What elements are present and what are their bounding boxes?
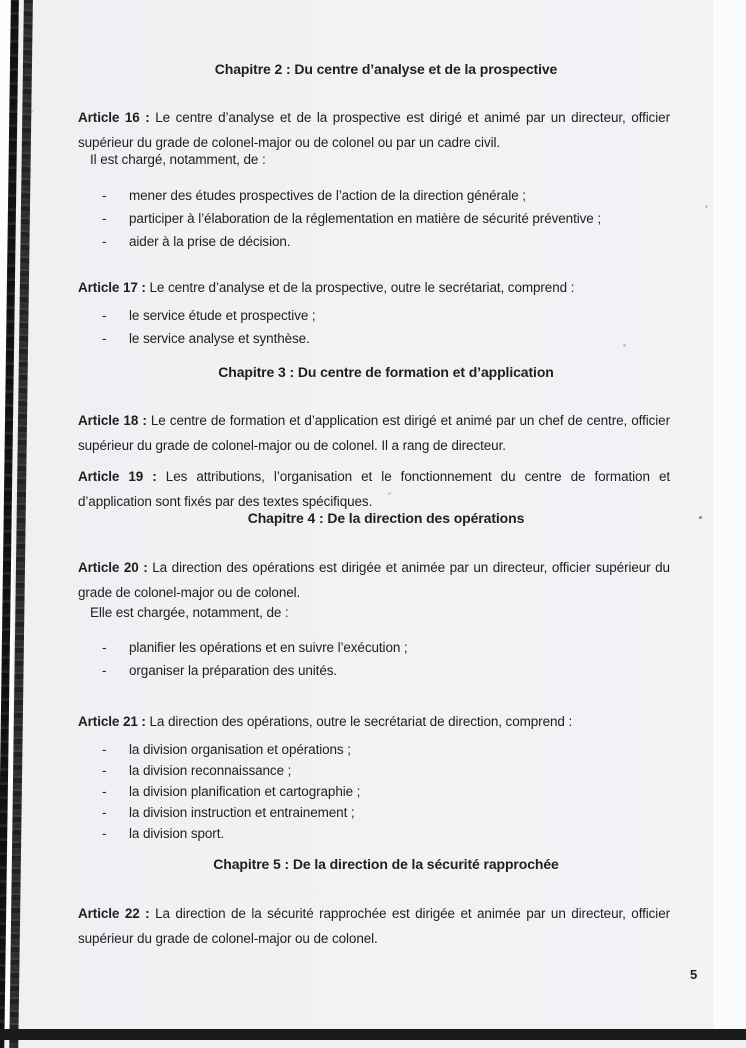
article-21-paragraph: Article 21 : La direction des opérations… — [78, 709, 670, 734]
list-dash: - — [102, 230, 129, 253]
article-22-label: Article 22 : — [78, 906, 150, 921]
scan-speck — [705, 205, 708, 208]
article-21-label: Article 21 : — [78, 714, 146, 729]
list-dash: - — [102, 184, 129, 207]
list-item: -mener des études prospectives de l’acti… — [102, 184, 664, 207]
list-dash: - — [102, 207, 129, 230]
chapter-5-heading: Chapitre 5 : De la direction de la sécur… — [78, 852, 670, 877]
missions-list-ch2: -mener des études prospectives de l’acti… — [102, 184, 664, 253]
chapter-4-heading: Chapitre 4 : De la direction des opérati… — [78, 506, 670, 531]
article-16-intro: Il est chargé, notamment, de : — [90, 147, 682, 172]
list-dash: - — [102, 760, 129, 781]
page-edge-highlight — [712, 0, 746, 1030]
article-16-body: Le centre d’analyse et de la prospective… — [78, 110, 670, 150]
article-17-label: Article 17 : — [78, 280, 146, 295]
list-item-text: mener des études prospectives de l’actio… — [129, 184, 526, 207]
list-item-text: la division planification et cartographi… — [129, 781, 360, 802]
missions-list-ch4: -planifier les opérations et en suivre l… — [102, 636, 664, 682]
list-item-text: aider à la prise de décision. — [129, 230, 290, 253]
article-17-paragraph: Article 17 : Le centre d’analyse et de l… — [78, 275, 670, 300]
page-number: 5 — [690, 967, 697, 982]
list-item: -aider à la prise de décision. — [102, 230, 664, 253]
article-18-label: Article 18 : — [78, 413, 147, 428]
list-item: -le service analyse et synthèse. — [102, 327, 664, 350]
list-dash: - — [102, 636, 129, 659]
list-dash: - — [102, 304, 129, 327]
scan-speck — [699, 516, 702, 519]
list-item: -la division organisation et opérations … — [102, 739, 664, 760]
list-item: -la division sport. — [102, 823, 664, 844]
article-18-paragraph: Article 18 : Le centre de formation et d… — [78, 408, 670, 458]
scanner-bottom-edge — [0, 1029, 746, 1040]
article-22-paragraph: Article 22 : La direction de la sécurité… — [78, 901, 670, 951]
article-22-body: La direction de la sécurité rapprochée e… — [78, 906, 670, 946]
scan-speck — [388, 492, 391, 495]
list-item: -planifier les opérations et en suivre l… — [102, 636, 664, 659]
list-item-text: la division organisation et opérations ; — [129, 739, 351, 760]
list-dash: - — [102, 802, 129, 823]
list-item-text: participer à l’élaboration de la régleme… — [129, 207, 601, 230]
list-item-text: la division sport. — [129, 823, 224, 844]
list-item: -la division instruction et entrainement… — [102, 802, 664, 823]
article-20-label: Article 20 : — [78, 560, 148, 575]
services-list-ch2: -le service étude et prospective ; -le s… — [102, 304, 664, 350]
list-dash: - — [102, 739, 129, 760]
list-item: -participer à l’élaboration de la réglem… — [102, 207, 664, 230]
list-dash: - — [102, 659, 129, 682]
list-dash: - — [102, 823, 129, 844]
document-page: Chapitre 2 : Du centre d’analyse et de l… — [0, 0, 746, 1040]
article-17-body: Le centre d’analyse et de la prospective… — [150, 280, 575, 295]
scan-speck — [623, 344, 626, 347]
article-19-body: Les attributions, l’organisation et le f… — [78, 469, 670, 509]
article-18-body: Le centre de formation et d’application … — [78, 413, 670, 453]
list-item-text: la division instruction et entrainement … — [129, 802, 355, 823]
list-item: -organiser la préparation des unités. — [102, 659, 664, 682]
chapter-3-heading: Chapitre 3 : Du centre de formation et d… — [78, 360, 670, 385]
list-item-text: la division reconnaissance ; — [129, 760, 291, 781]
list-item-text: le service étude et prospective ; — [129, 304, 316, 327]
list-item-text: le service analyse et synthèse. — [129, 327, 310, 350]
article-20-paragraph: Article 20 : La direction des opérations… — [78, 555, 670, 605]
list-item: -la division reconnaissance ; — [102, 760, 664, 781]
list-item: -la division planification et cartograph… — [102, 781, 664, 802]
article-21-body: La direction des opérations, outre le se… — [150, 714, 573, 729]
list-dash: - — [102, 781, 129, 802]
list-item-text: planifier les opérations et en suivre l’… — [129, 636, 408, 659]
article-19-label: Article 19 : — [78, 469, 157, 484]
divisions-list-ch4: -la division organisation et opérations … — [102, 739, 664, 844]
list-item-text: organiser la préparation des unités. — [129, 659, 337, 682]
list-dash: - — [102, 327, 129, 350]
list-item: -le service étude et prospective ; — [102, 304, 664, 327]
article-16-label: Article 16 : — [78, 110, 150, 125]
article-20-body: La direction des opérations est dirigée … — [78, 560, 670, 600]
chapter-2-heading: Chapitre 2 : Du centre d’analyse et de l… — [78, 57, 670, 82]
article-20-intro: Elle est chargée, notamment, de : — [90, 600, 682, 625]
